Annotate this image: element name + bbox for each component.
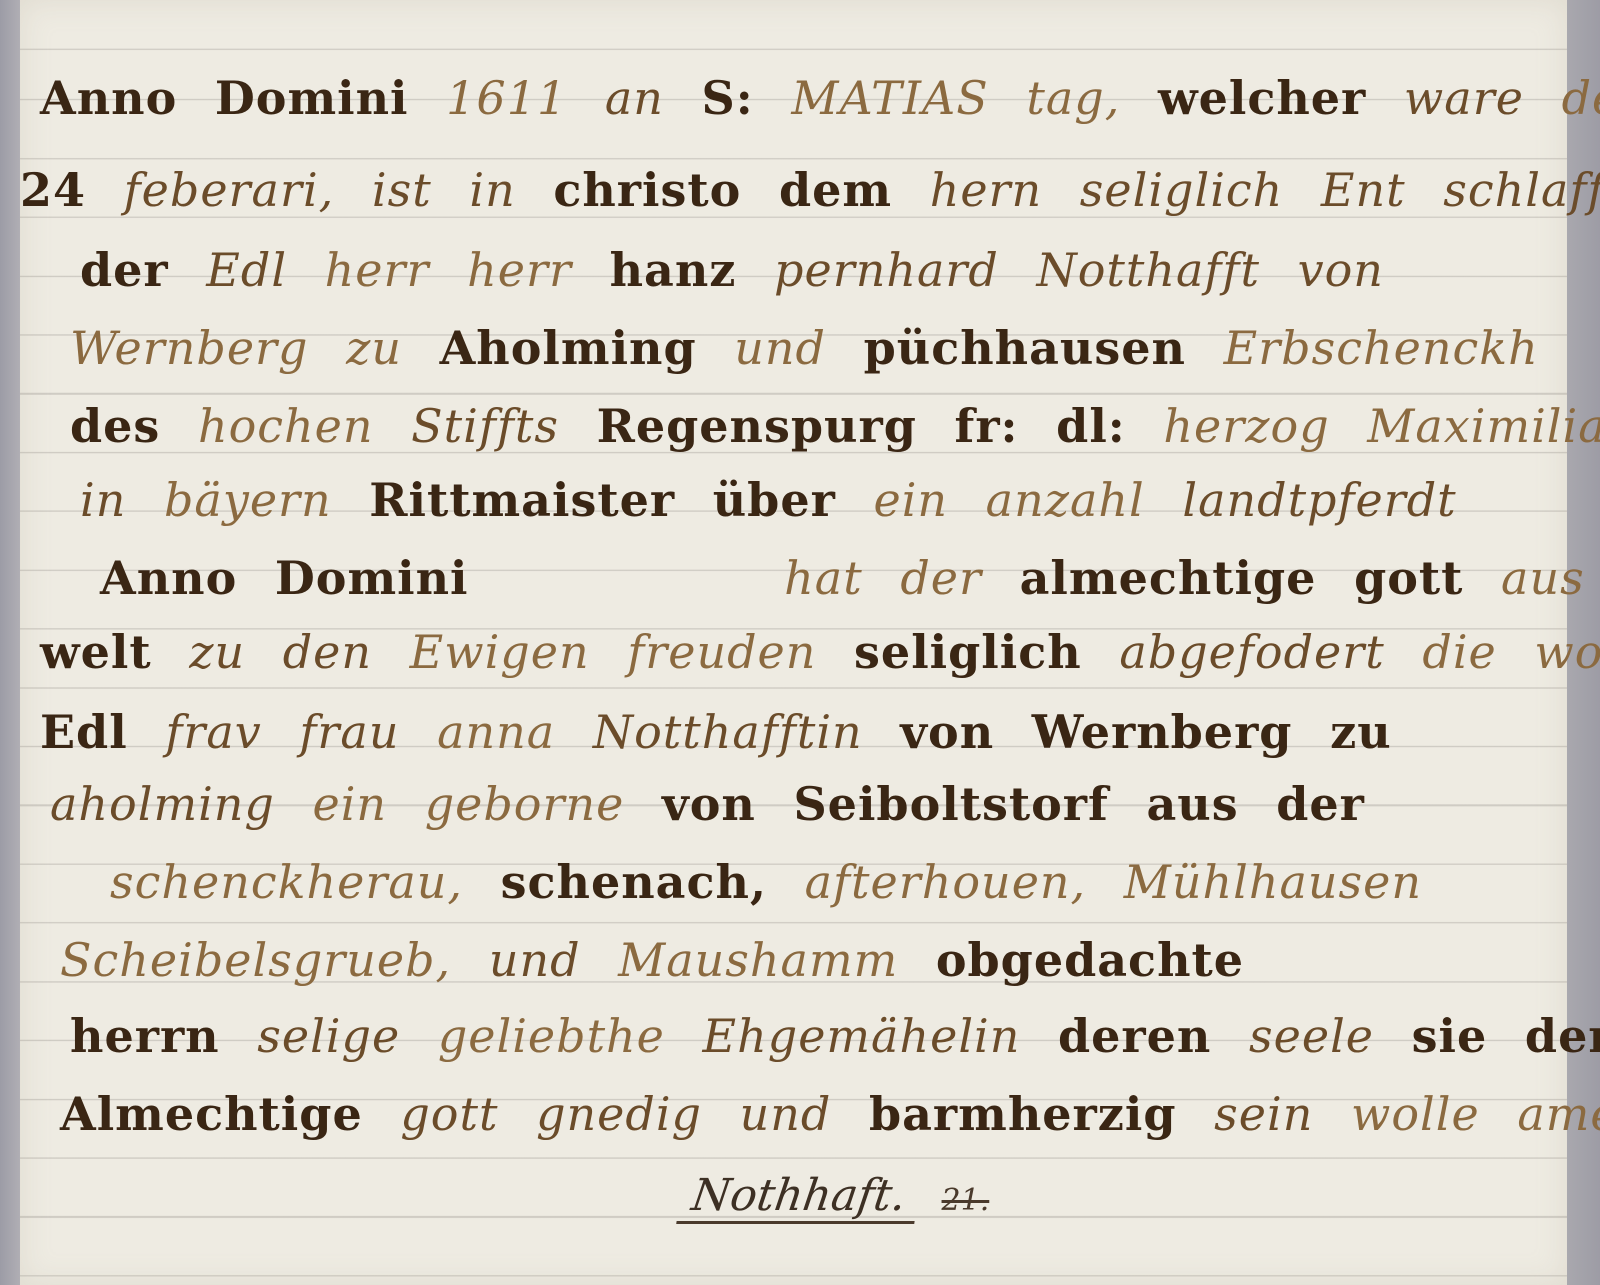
- word: aus: [1146, 774, 1238, 834]
- word: frav: [165, 702, 261, 762]
- word: herrn: [70, 1006, 220, 1066]
- word: anzahl: [986, 470, 1145, 530]
- text-line-2: 24 feberari, ist in christo dem hern sel…: [20, 160, 1600, 220]
- word: der: [80, 240, 169, 300]
- word: Notthafft: [1036, 240, 1260, 300]
- word: schenckherau,: [110, 852, 463, 912]
- word: an: [605, 68, 664, 128]
- text-line-11: schenckherau, schenach, afterhouen, Mühl…: [110, 852, 1444, 912]
- word: dl:: [1056, 396, 1126, 456]
- word: frau: [299, 702, 399, 762]
- word: der: [1525, 1006, 1600, 1066]
- word: welcher: [1158, 68, 1366, 128]
- word: ein: [873, 470, 948, 530]
- word: aholming: [50, 774, 275, 834]
- word: dem: [779, 160, 892, 220]
- word: von: [900, 702, 994, 762]
- word: Domini: [275, 548, 469, 608]
- word: Regenspurg: [597, 396, 917, 456]
- word: selige: [257, 1006, 400, 1066]
- text-line-8: welt zu den Ewigen freuden seliglich abg…: [40, 622, 1600, 682]
- word: Edl: [40, 702, 128, 762]
- word: Erbschenckh: [1224, 318, 1539, 378]
- text-line-4: Wernberg zu Aholming und püchhausen Erbs…: [70, 318, 1561, 378]
- word: wohl: [1534, 622, 1600, 682]
- word: MATIAS: [791, 68, 988, 128]
- word: und: [489, 930, 581, 990]
- word: freuden: [627, 622, 816, 682]
- word: Anno: [40, 68, 177, 128]
- text-line-7: Anno Domini hat der almechtige gott aus …: [100, 548, 1600, 608]
- word: püchhausen: [864, 318, 1186, 378]
- word: landtpferdt: [1182, 470, 1456, 530]
- word: seliglich: [854, 622, 1082, 682]
- word: 24: [20, 160, 86, 220]
- word: Anno: [100, 548, 237, 608]
- struck-page-number: 21.: [942, 1183, 990, 1218]
- word: seliglich: [1080, 160, 1284, 220]
- signature-name: Nothhaft.: [676, 1170, 921, 1224]
- text-line-14: Almechtige gott gnedig und barmherzig se…: [60, 1084, 1600, 1144]
- mount-border-left: [0, 0, 20, 1285]
- signature: Nothhaft. 21.: [680, 1170, 989, 1224]
- text-line-13: herrn selige geliebthe Ehgemähelin deren…: [70, 1006, 1600, 1066]
- word: zu: [189, 622, 245, 682]
- word: amen: [1517, 1084, 1600, 1144]
- word: 1611: [446, 68, 567, 128]
- word: ein: [313, 774, 388, 834]
- word: pernhard: [774, 240, 999, 300]
- word: sie: [1412, 1006, 1488, 1066]
- word: gott: [400, 1084, 498, 1144]
- word: welt: [40, 622, 152, 682]
- word: geborne: [425, 774, 625, 834]
- word: den: [1562, 68, 1600, 128]
- word: seele: [1249, 1006, 1374, 1066]
- word: Rittmaister: [369, 470, 675, 530]
- word: in: [469, 160, 515, 220]
- text-line-1: Anno Domini 1611 an S: MATIAS tag, welch…: [40, 68, 1600, 128]
- word: und: [740, 1084, 832, 1144]
- word: ist: [372, 160, 432, 220]
- word: hanz: [610, 240, 737, 300]
- word: Scheibelsgrueb,: [60, 930, 451, 990]
- word: Wernberg: [70, 318, 308, 378]
- word: herzog: [1163, 396, 1329, 456]
- text-line-6: in bäyern Rittmaister über ein anzahl la…: [80, 470, 1479, 530]
- text-line-5: des hochen Stiffts Regenspurg fr: dl: he…: [70, 396, 1600, 456]
- word: Maximilian: [1367, 396, 1600, 456]
- word: über: [713, 470, 836, 530]
- text-line-12: Scheibelsgrueb, und Maushamm obgedachte: [60, 930, 1266, 990]
- word: gott: [1354, 548, 1463, 608]
- word: des: [70, 396, 160, 456]
- text-line-9: Edl frav frau anna Notthafftin von Wernb…: [40, 702, 1414, 762]
- word: abgefodert: [1119, 622, 1384, 682]
- word: sein: [1214, 1084, 1313, 1144]
- word: Stiffts: [411, 396, 559, 456]
- word: wolle: [1351, 1084, 1480, 1144]
- word: barmherzig: [869, 1084, 1177, 1144]
- word: hern: [930, 160, 1042, 220]
- word: christo: [553, 160, 741, 220]
- word: fr:: [955, 396, 1019, 456]
- word: schlaffen: [1443, 160, 1600, 220]
- word: herr: [325, 240, 430, 300]
- word: geliebthe: [438, 1006, 665, 1066]
- word: hat: [784, 548, 863, 608]
- word: aus: [1501, 548, 1585, 608]
- word: Edl: [206, 240, 287, 300]
- word: von: [1298, 240, 1384, 300]
- text-line-3: der Edl herr herr hanz pernhard Notthaff…: [80, 240, 1406, 300]
- word: zu: [346, 318, 402, 378]
- word: hochen: [198, 396, 374, 456]
- word: afterhouen,: [805, 852, 1087, 912]
- word: Domini: [215, 68, 409, 128]
- word: Almechtige: [60, 1084, 363, 1144]
- word: der: [900, 548, 982, 608]
- word: Mühlhausen: [1124, 852, 1422, 912]
- word: obgedachte: [936, 930, 1244, 990]
- word: schenach,: [501, 852, 767, 912]
- word: und: [734, 318, 826, 378]
- word: Ent: [1321, 160, 1406, 220]
- word: in: [80, 470, 126, 530]
- word: almechtige: [1020, 548, 1317, 608]
- word: Ehgemähelin: [703, 1006, 1021, 1066]
- word: ware: [1404, 68, 1524, 128]
- word: Ewigen: [410, 622, 590, 682]
- word: der: [1276, 774, 1365, 834]
- word: Maushamm: [618, 930, 898, 990]
- word: von: [662, 774, 756, 834]
- word: den: [283, 622, 372, 682]
- word: tag,: [1026, 68, 1120, 128]
- text-line-10: aholming ein geborne von Seiboltstorf au…: [50, 774, 1387, 834]
- word: feberari,: [124, 160, 335, 220]
- word: die: [1422, 622, 1496, 682]
- word: Seiboltstorf: [793, 774, 1108, 834]
- word: Aholming: [440, 318, 697, 378]
- word: herr: [467, 240, 572, 300]
- word: deren: [1058, 1006, 1211, 1066]
- word: Notthafftin: [593, 702, 863, 762]
- word: zu: [1330, 702, 1392, 762]
- manuscript-page: Anno Domini 1611 an S: MATIAS tag, welch…: [20, 0, 1567, 1285]
- word: bäyern: [164, 470, 332, 530]
- word: gnedig: [536, 1084, 702, 1144]
- word: Wernberg: [1032, 702, 1293, 762]
- word: S:: [702, 68, 754, 128]
- word: anna: [437, 702, 555, 762]
